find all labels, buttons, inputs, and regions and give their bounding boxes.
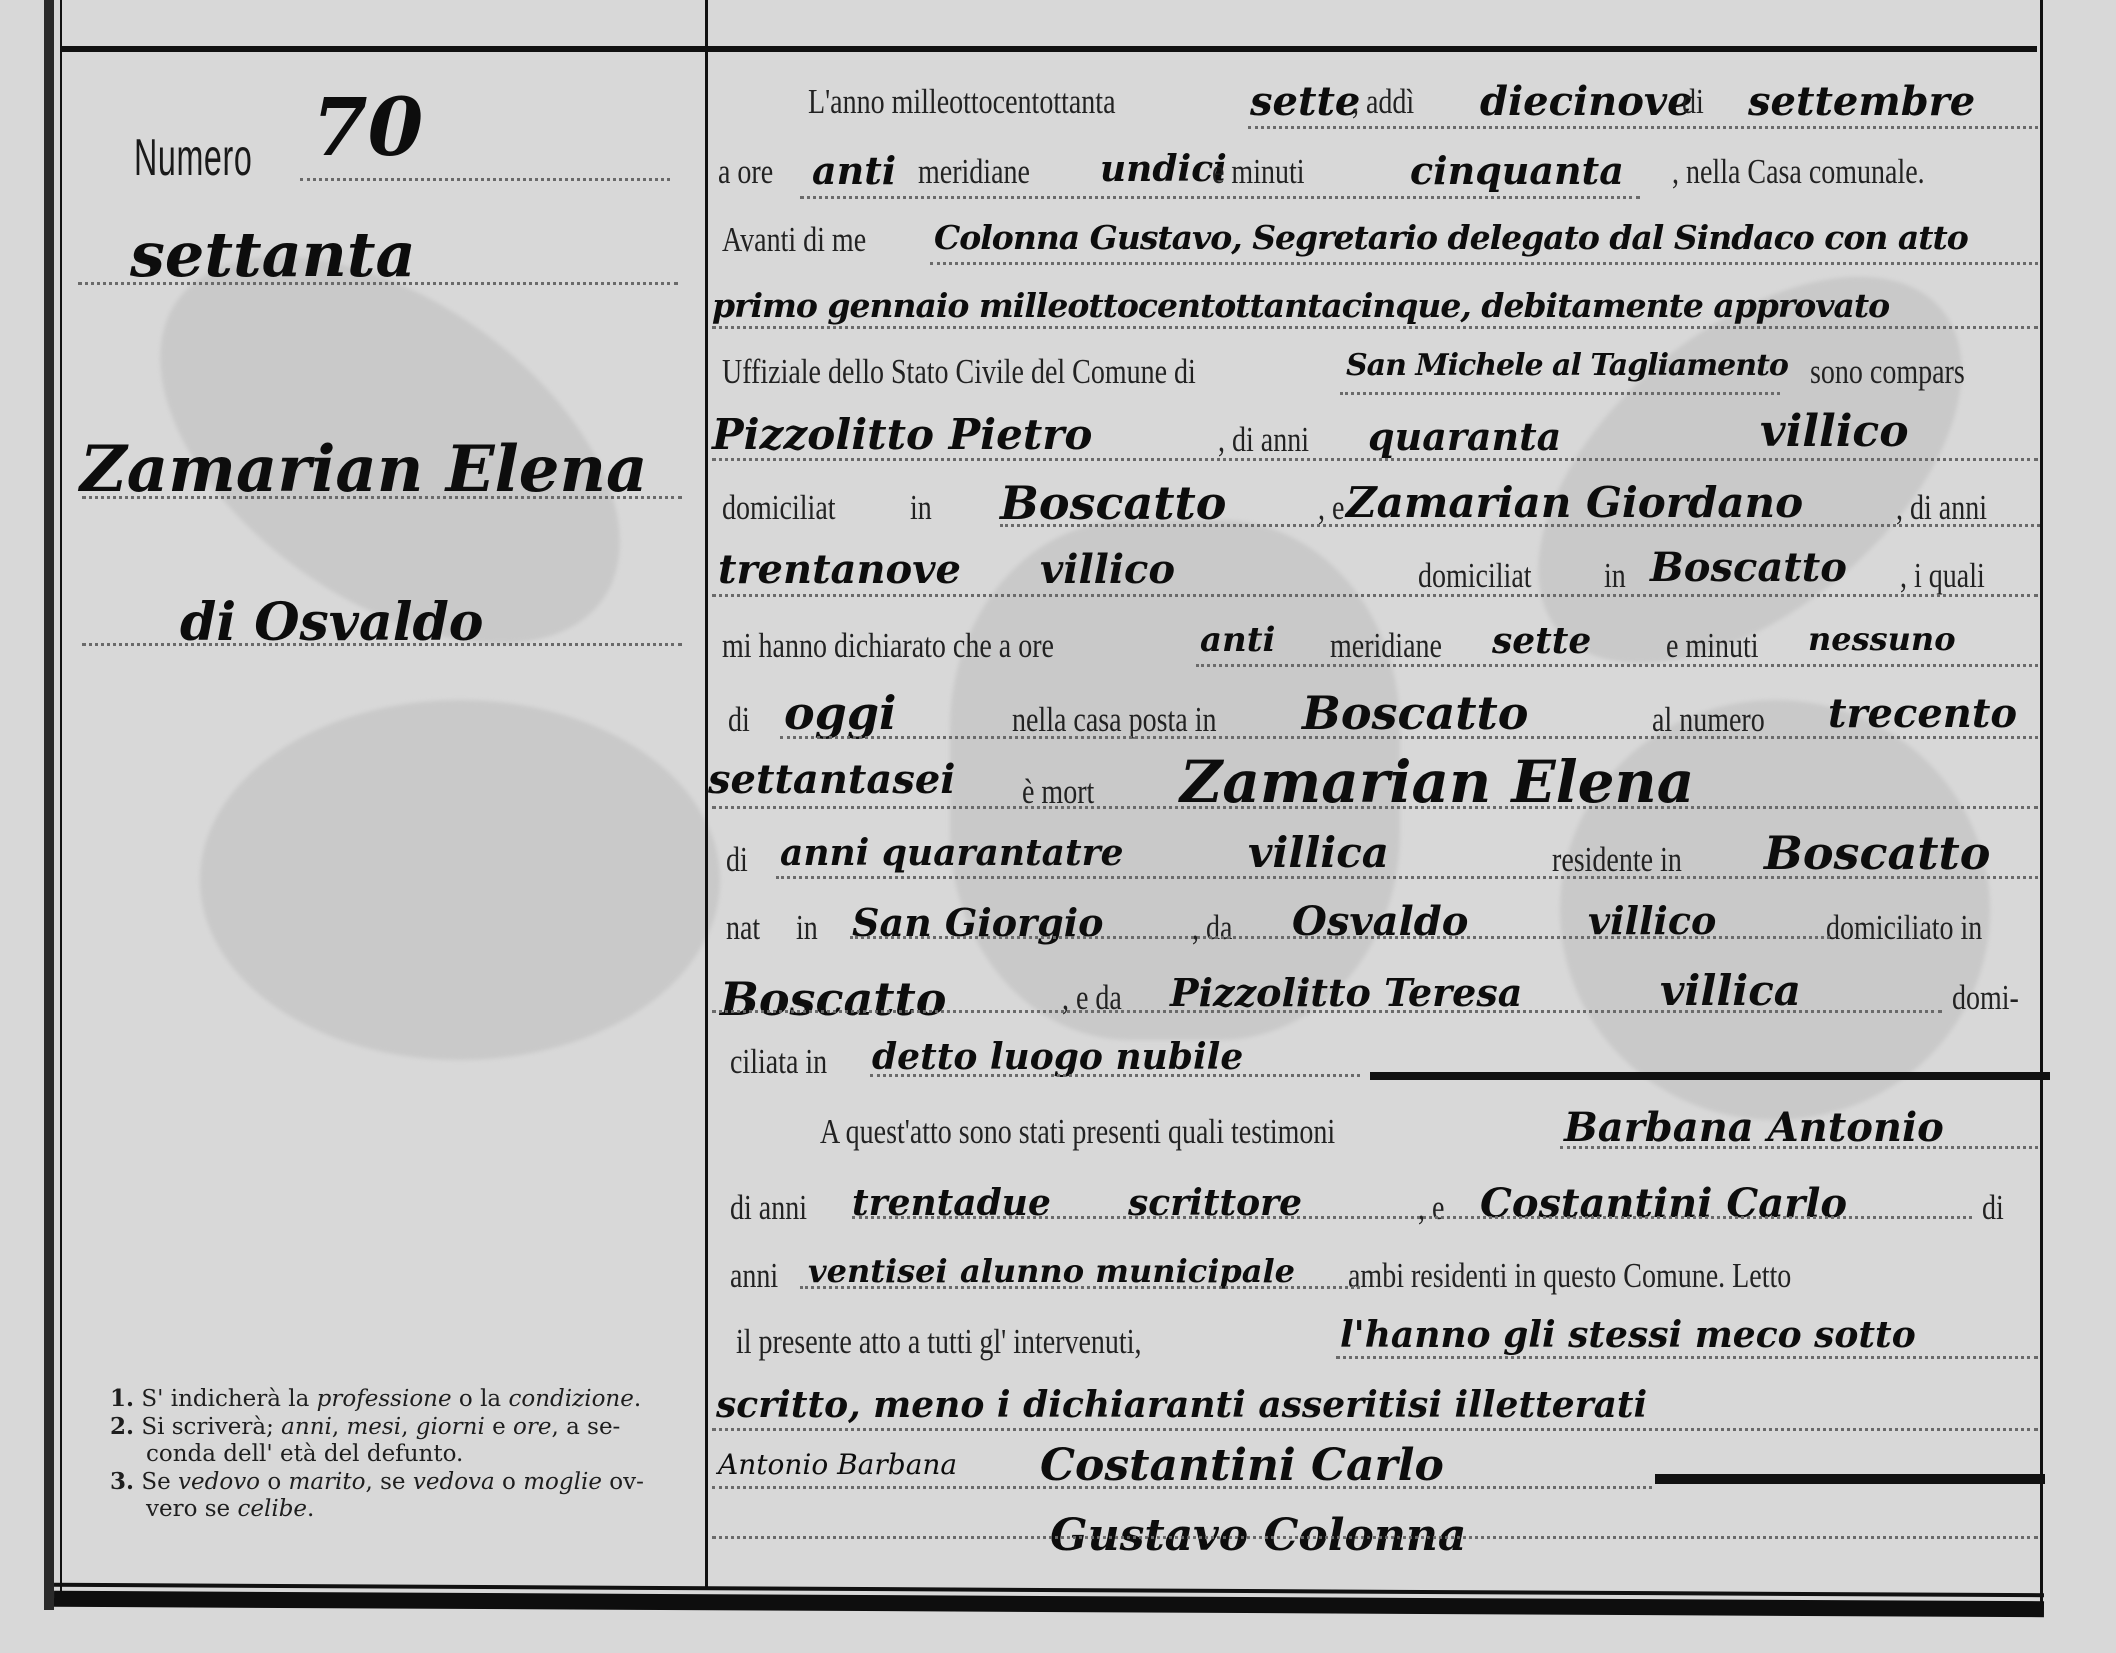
line14-mother: Pizzolitto Teresa [1170, 970, 1522, 1015]
signature-witness2: Costantini Carlo [1040, 1440, 1444, 1491]
civil-record-page: Numero 70 settanta Zamarian Elena di Osv… [0, 0, 2116, 1653]
line17-print-d: di [1982, 1188, 2004, 1228]
line10-day: oggi [784, 686, 896, 740]
line7-rule [1000, 524, 2040, 527]
footnotes: 1. S' indicherà la professione o la cond… [110, 1385, 710, 1523]
deceased-name-line [82, 496, 682, 499]
line20-rule [712, 1428, 2038, 1431]
line18-print-a: anni [730, 1256, 778, 1296]
line5-print-b: sono compars [1810, 352, 1965, 392]
line13-print-b: in [796, 908, 818, 948]
line19-text: l'hanno gli stessi meco sotto [1340, 1314, 1916, 1356]
numero-words: settanta [130, 218, 416, 291]
line14-place: Boscatto [720, 972, 946, 1026]
line2-print-a: a ore [718, 152, 773, 192]
footnote-1: 1. S' indicherà la professione o la cond… [110, 1385, 710, 1413]
line8-print-b: domiciliat [1418, 556, 1532, 596]
signature-witness1: Antonio Barbana [718, 1448, 957, 1481]
line7-declarant2: Zamarian Giordano [1346, 478, 1803, 527]
line6-declarant1: Pizzolitto Pietro [712, 410, 1092, 459]
line10-print-b: nella casa posta in [1012, 700, 1216, 740]
line7-print-a: domiciliat [722, 488, 836, 528]
line12-profession: villica [1248, 828, 1389, 877]
line7-print-b: in [910, 488, 932, 528]
line5-rule [1340, 392, 1780, 395]
line12-rule [776, 876, 2038, 879]
line5-comune: San Michele al Tagliamento [1346, 348, 1788, 383]
line8-place: Boscatto [1650, 544, 1847, 591]
line9-print-a: mi hanno dichiarato che a ore [722, 626, 1054, 666]
line9-anti: anti [1200, 620, 1275, 660]
line15-rule [870, 1074, 1360, 1077]
line9-minutes: nessuno [1808, 620, 1956, 658]
line14-rule [712, 1010, 1942, 1013]
line17-print-a: di anni [730, 1188, 807, 1228]
line18-profession: alunno municipale [960, 1252, 1295, 1290]
line10-print-c: al numero [1652, 700, 1765, 740]
numero-words-line [78, 282, 678, 285]
line13-print-c: , da [1192, 908, 1232, 948]
line12-place: Boscatto [1764, 826, 1990, 880]
top-rule [62, 46, 2037, 52]
line14-print-c: domi- [1952, 978, 2019, 1018]
line1-print-c: di [1682, 82, 1704, 122]
line14-mother-profession: villica [1660, 966, 1801, 1015]
line8-age: trentanove [718, 546, 961, 593]
frame-left-inner [60, 0, 62, 1600]
line2-print-b: meridiane [918, 152, 1030, 192]
line1-day: diecinove [1480, 78, 1693, 125]
line17-witness2: Costantini Carlo [1480, 1180, 1847, 1227]
parentage-line [82, 643, 682, 646]
line2-hour: undici [1100, 148, 1227, 190]
line10-place: Boscatto [1302, 686, 1528, 740]
line10-rule [780, 736, 2038, 739]
line13-print-e: domiciliato in [1826, 908, 1982, 948]
line2-minutes: cinquanta [1410, 148, 1624, 193]
numero-value: 70 [312, 80, 423, 174]
signature-rule2 [712, 1536, 2038, 1539]
line15-print-a: ciliata in [730, 1042, 827, 1082]
line15-fill-bar [1370, 1072, 2050, 1080]
line8-rule [712, 594, 2038, 597]
line8-print-c: in [1604, 556, 1626, 596]
line19-rule [1336, 1356, 2038, 1359]
line18-age: ventisei [808, 1252, 948, 1290]
line19-print-a: il presente atto a tutti gl' intervenuti… [736, 1322, 1142, 1362]
frame-left-border [44, 0, 54, 1610]
line10-number: trecento [1828, 690, 2017, 737]
signature-rule1 [712, 1486, 1652, 1489]
line6-profession: villico [1760, 406, 1909, 457]
footnote-3: 3. Se vedovo o marito, se vedova o mogli… [110, 1468, 710, 1496]
line1-year: sette [1250, 78, 1360, 125]
line17-rule [852, 1216, 1972, 1219]
line1-rule [1248, 126, 2038, 129]
line13-rule [850, 936, 1830, 939]
line4-rule [712, 326, 2038, 329]
line12-print-d: residente in [1552, 840, 1682, 880]
line6-print-a: , di anni [1218, 420, 1309, 460]
line16-print-a: A quest'atto sono stati presenti quali t… [820, 1112, 1335, 1152]
line20-text: scritto, meno i dichiaranti asseritisi i… [716, 1384, 1647, 1426]
line5-print-a: Uffiziale dello Stato Civile del Comune … [722, 352, 1196, 392]
line8-print-d: , i quali [1900, 556, 1985, 596]
line18-rule [800, 1286, 1360, 1289]
line6-age: quaranta [1368, 414, 1561, 459]
line2-rule [800, 196, 1640, 199]
line12-age: anni quarantatre [780, 832, 1123, 874]
line16-witness1: Barbana Antonio [1564, 1104, 1944, 1151]
line3-print-a: Avanti di me [722, 220, 866, 260]
line7-place: Boscatto [1000, 476, 1226, 530]
line11-rule [712, 806, 2038, 809]
line9-print-b: meridiane [1330, 626, 1442, 666]
line11-number: settantasei [708, 756, 955, 803]
line9-print-c: e minuti [1666, 626, 1759, 666]
frame-right-border [2040, 0, 2043, 1615]
line7-print-d: , di anni [1896, 488, 1987, 528]
line10-print-a: di [728, 700, 750, 740]
line2-print-d: , nella Casa comunale. [1672, 152, 1925, 192]
line12-print-a: di [726, 840, 748, 880]
line6-rule [712, 458, 2038, 461]
line2-print-c: e minuti [1212, 152, 1305, 192]
line9-rule [1196, 664, 2038, 667]
signature-fill-bar [1655, 1474, 2045, 1484]
line18-print-b: ambi residenti in questo Comune. Letto [1348, 1256, 1791, 1296]
numero-label: Numero [134, 128, 252, 188]
line9-hour: sette [1492, 620, 1591, 662]
numero-line [300, 178, 670, 181]
line13-print-a: nat [726, 908, 760, 948]
line1-print-b: , addì [1352, 82, 1414, 122]
line3-rule [930, 262, 2038, 265]
line3-officer: Colonna Gustavo, Segretario delegato dal… [934, 218, 1968, 257]
watermark-lion-body [200, 700, 720, 1060]
footnote-2: 2. Si scriverà; anni, mesi, giorni e ore… [110, 1413, 710, 1441]
line7-print-c: , e [1318, 488, 1344, 528]
line17-print-c: , e [1418, 1188, 1444, 1228]
line2-anti: anti [812, 148, 896, 193]
line4-delegation: primo gennaio milleottocentottantacinque… [712, 286, 1889, 325]
line15-status: detto luogo nubile [872, 1036, 1243, 1078]
line8-profession: villico [1040, 546, 1175, 593]
line16-rule [1560, 1146, 2038, 1149]
line1-month: settembre [1748, 78, 1975, 125]
line1-print-a: L'anno milleottocentottanta [808, 82, 1116, 122]
